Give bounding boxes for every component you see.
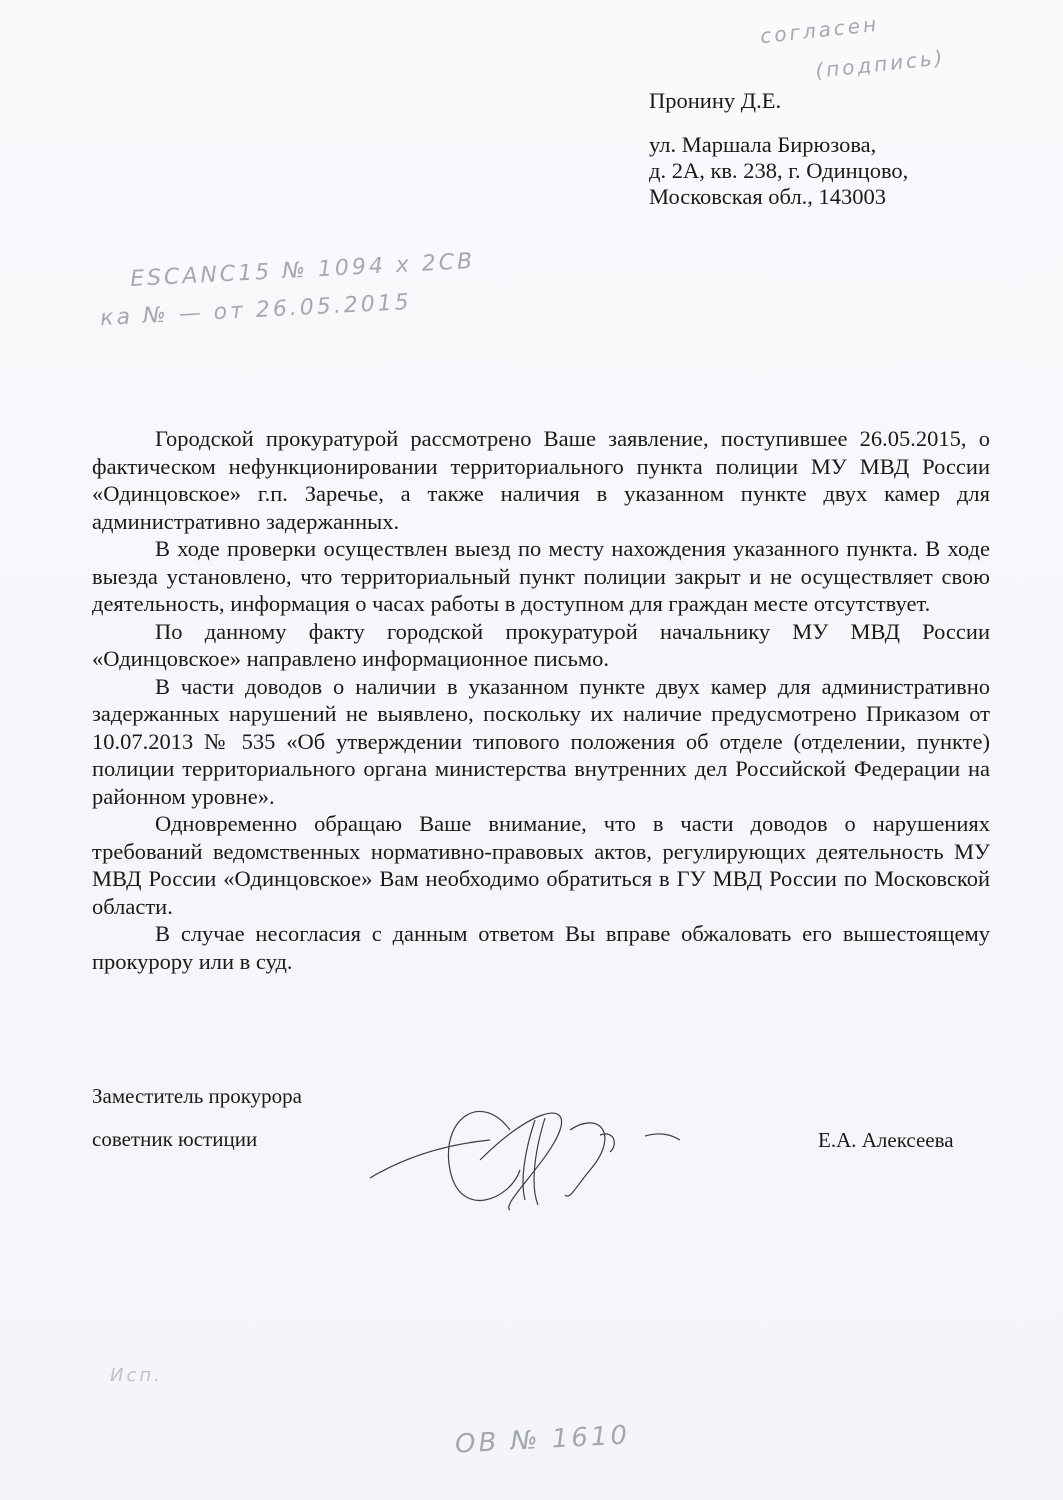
body-paragraph: В случае несогласия с данным ответом Вы … (92, 920, 990, 975)
handwritten-note-bottom-left: Исп. (110, 1365, 163, 1386)
handwritten-note-top-right: согласен (759, 12, 880, 48)
signatory-position: Заместитель прокурора советник юстиции (92, 1083, 302, 1169)
handwritten-registration-line-1: ESCANC15 № 1094 x 2CB (130, 249, 476, 292)
handwritten-signature-icon (360, 1090, 740, 1220)
letter-page: согласен (подпись) Пронину Д.Е. ул. Марш… (0, 0, 1063, 1500)
handwritten-note-top-right-2: (подпись) (814, 45, 946, 83)
handwritten-note-bottom-center: ОВ № 1610 (454, 1420, 630, 1459)
letter-body: Городской прокуратурой рассмотрено Ваше … (92, 425, 990, 975)
body-paragraph: В части доводов о наличии в указанном пу… (92, 673, 990, 811)
position-rank: советник юстиции (92, 1126, 302, 1152)
position-title: Заместитель прокурора (92, 1083, 302, 1109)
address-line: ул. Маршала Бирюзова, (649, 132, 908, 158)
body-paragraph: Одновременно обращаю Ваше внимание, что … (92, 810, 990, 920)
addressee-name: Пронину Д.Е. (649, 88, 908, 114)
addressee-block: Пронину Д.Е. ул. Маршала Бирюзова, д. 2А… (649, 88, 908, 210)
signer-name: Е.А. Алексеева (818, 1128, 954, 1153)
body-paragraph: По данному факту городской прокуратурой … (92, 618, 990, 673)
address-line: д. 2А, кв. 238, г. Одинцово, (649, 158, 908, 184)
body-paragraph: В ходе проверки осуществлен выезд по мес… (92, 535, 990, 618)
body-paragraph: Городской прокуратурой рассмотрено Ваше … (92, 425, 990, 535)
address-line: Московская обл., 143003 (649, 184, 908, 210)
handwritten-registration-line-2: ка № — от 26.05.2015 (100, 290, 413, 331)
